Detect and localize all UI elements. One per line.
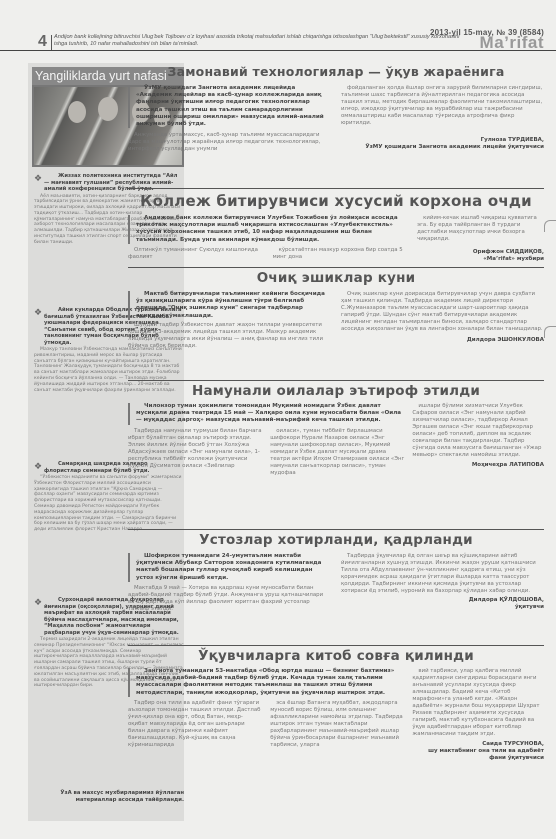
ornament-bullet-icon: ❖ — [34, 462, 42, 472]
article-body: Шундай тадбир Ўзбекистон давлат жаҳон ти… — [128, 322, 331, 350]
article-title: Ўқувчиларга китоб совға қилинди — [128, 648, 544, 664]
page-number: 4 — [38, 33, 47, 51]
article-body: Очиқ эшиклар куни доирасида битирувчилар… — [341, 291, 544, 333]
article-body: вий тарбияси, улар қалбига миллий қадрия… — [412, 668, 544, 738]
article-lead: Чилонзор туман ҳокимлиги томонидан Муқим… — [128, 403, 404, 425]
page-curl-mark — [544, 220, 556, 232]
newspaper-page: 2013-yil 15-may, № 39 (8584) 4 Andijon b… — [0, 0, 556, 839]
article-signature: Дилдора ҚЎЛДОШОВА, ўқитувчи — [341, 597, 544, 611]
section-divider — [128, 380, 544, 381]
article-body: оиласи», туман тиббиёт бирлашмаси шифоко… — [270, 428, 404, 477]
article-signature: Дилдора ЭШОНКУЛОВА — [341, 337, 544, 344]
article-body: ишлари бўлими хизматчиси Улуғбек Сафаров… — [412, 403, 544, 459]
article-signature: Моҳичеҳра ЛАТИПОВА — [412, 462, 544, 469]
ornament-bullet-icon: ❖ — [34, 598, 42, 608]
page-curl-mark — [544, 326, 556, 338]
article-body: эса ёшлар Ватанга муҳаббат, аждодларга м… — [270, 700, 404, 749]
article-teachers-remembered: Устозлар хотирланди, қадрланди Шофиркон … — [128, 532, 544, 613]
article-title: Устозлар хотирланди, қадрланди — [128, 532, 544, 548]
section-divider — [128, 188, 544, 189]
section-divider — [128, 529, 544, 530]
article-body: кўрсатаётган мазкур корхона бир соатда 5… — [273, 247, 408, 261]
article-body: Анжуманда ўрта махсус, касб-ҳунар таълим… — [128, 132, 331, 153]
header-divider — [51, 35, 52, 50]
article-lead: ЎзМУ қошидаги Зангиота академик лицейида… — [128, 85, 331, 128]
section-divider — [128, 267, 544, 268]
article-body: Олтинкўл туманининг Суюлдуз кишлоғида фа… — [128, 247, 263, 261]
article-exemplary-families: Намунали оилалар эътироф этилди Чилонзор… — [128, 383, 544, 477]
article-body: Мактабда 9 май — Хотира ва қадрлаш куни … — [128, 585, 331, 613]
section-divider — [128, 645, 544, 646]
article-lead: Андижон банк коллежи битирувчиси Улуғбек… — [128, 215, 407, 244]
article-body: кийим-кечак ишлаб чиқариш қувватига эга.… — [417, 215, 544, 243]
article-college-graduate: Коллеж битирувчиси хусусий корхона очди … — [128, 192, 544, 263]
article-signature: Гулноза ТУРДИЕВА, ЎзМУ қошидаги Зангиота… — [341, 137, 544, 151]
article-modern-tech: Замонавий технологиялар — ўқув жараёнига… — [128, 64, 544, 153]
article-title: Очиқ эшиклар куни — [128, 270, 544, 286]
article-lead: Шофиркон туманидаги 24-умумтаълим мактаб… — [128, 553, 331, 582]
article-signature: Орифжон СИДДИҚОВ, «Ma’rifat» мухбири — [417, 249, 544, 263]
left-column-footer: ЎзА ва махсус мухбирларимиз йўллаган мат… — [34, 790, 184, 804]
article-body: фойдаланган ҳолда ёшлар онгига зарурий б… — [341, 85, 544, 127]
article-lead: Мактаб битирувчилари таълимнинг кейинги … — [128, 291, 331, 320]
article-books-gifted: Ўқувчиларга китоб совға қилинди Зангиота… — [128, 648, 544, 762]
article-title: Замонавий технологиялар — ўқув жараёнига — [128, 64, 544, 79]
article-title: Намунали оилалар эътироф этилди — [128, 383, 544, 399]
article-title: Коллеж битирувчиси хусусий корхона очди — [128, 192, 544, 210]
ornament-bullet-icon: ❖ — [34, 174, 42, 184]
article-lead: Зангиота туманидаги 53-мактабда «Обод юр… — [128, 668, 404, 697]
ornament-bullet-icon: ❖ — [34, 308, 42, 318]
page-header: 4 Andijon bank kollejining bitiruvchisi … — [0, 33, 556, 51]
article-body: Тадбирда ўқувчилар ёд олган шеър ва қўши… — [341, 553, 544, 595]
article-body: Тадбир она тили ва адабиёт фани тўгараги… — [128, 700, 262, 749]
article-signature: Саида ТУРСУНОВА, шу мактабнинг она тили … — [412, 741, 544, 762]
article-body: Тадбирда намунали турмуши билан барчага … — [128, 428, 262, 477]
masthead-logo: Ma’rifat — [480, 33, 544, 53]
header-intro: Andijon bank kollejining bitiruvchisi Ul… — [54, 34, 469, 48]
article-open-doors: Очиқ эшиклар куни Мактаб битирувчилари т… — [128, 270, 544, 350]
